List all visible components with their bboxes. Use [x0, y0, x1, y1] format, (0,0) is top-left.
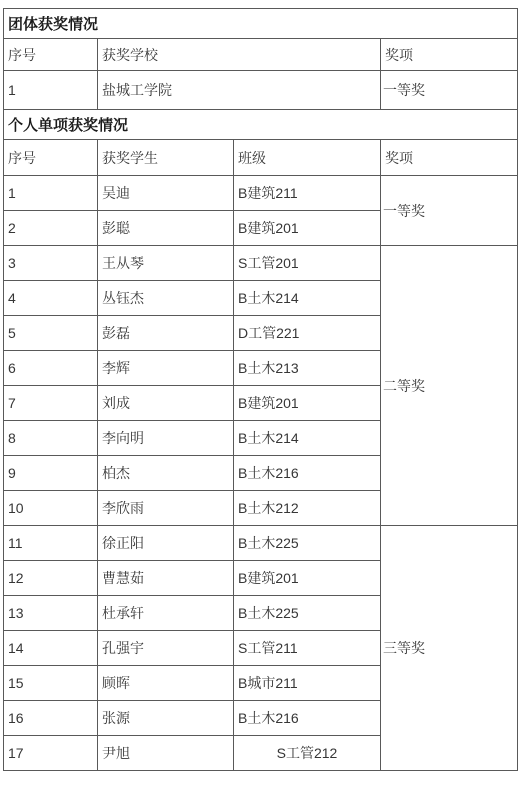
individual-row: 11 徐正阳 B土木225 三等奖	[4, 526, 518, 561]
cell-class: B土木225	[234, 526, 381, 561]
cell-student: 李向明	[98, 421, 234, 456]
cell-class: B城市211	[234, 666, 381, 701]
cell-no: 1	[4, 176, 98, 211]
cell-student: 丛钰杰	[98, 281, 234, 316]
cell-student: 刘成	[98, 386, 234, 421]
cell-award-third-prize: 三等奖	[381, 526, 518, 771]
cell-award-second-prize: 二等奖	[381, 246, 518, 526]
cell-class: B土木214	[234, 281, 381, 316]
individual-section-title-row: 个人单项获奖情况	[4, 110, 518, 140]
cell-no: 17	[4, 736, 98, 771]
cell-class: S工管211	[234, 631, 381, 666]
cell-no: 7	[4, 386, 98, 421]
team-section-title-row: 团体获奖情况	[4, 9, 518, 39]
cell-award: 一等奖	[381, 71, 518, 110]
team-header-school: 获奖学校	[98, 39, 381, 71]
cell-student: 张源	[98, 701, 234, 736]
cell-no: 12	[4, 561, 98, 596]
cell-class: B建筑201	[234, 386, 381, 421]
cell-class: B土木225	[234, 596, 381, 631]
cell-class: D工管221	[234, 316, 381, 351]
cell-no: 13	[4, 596, 98, 631]
cell-no: 14	[4, 631, 98, 666]
cell-no: 4	[4, 281, 98, 316]
team-header-no: 序号	[4, 39, 98, 71]
cell-no: 11	[4, 526, 98, 561]
cell-class: B建筑201	[234, 561, 381, 596]
cell-no: 15	[4, 666, 98, 701]
team-section-title: 团体获奖情况	[4, 9, 518, 39]
cell-no: 6	[4, 351, 98, 386]
cell-student: 李辉	[98, 351, 234, 386]
cell-class: B建筑211	[234, 176, 381, 211]
cell-student: 顾晖	[98, 666, 234, 701]
awards-table: 团体获奖情况 序号 获奖学校 奖项 1 盐城工学院 一等奖 个人单项获奖情况 序…	[3, 8, 518, 771]
individual-header-class: 班级	[234, 140, 381, 176]
cell-no: 8	[4, 421, 98, 456]
team-header-row: 序号 获奖学校 奖项	[4, 39, 518, 71]
cell-no: 9	[4, 456, 98, 491]
cell-student: 王从琴	[98, 246, 234, 281]
cell-student: 彭磊	[98, 316, 234, 351]
team-row: 1 盐城工学院 一等奖	[4, 71, 518, 110]
cell-student: 曹慧茹	[98, 561, 234, 596]
cell-student: 徐正阳	[98, 526, 234, 561]
cell-class: B土木214	[234, 421, 381, 456]
cell-class: B土木212	[234, 491, 381, 526]
cell-student: 李欣雨	[98, 491, 234, 526]
individual-row: 3 王从琴 S工管201 二等奖	[4, 246, 518, 281]
cell-school: 盐城工学院	[98, 71, 381, 110]
cell-award-first-prize: 一等奖	[381, 176, 518, 246]
individual-section-title: 个人单项获奖情况	[4, 110, 518, 140]
cell-class: B土木213	[234, 351, 381, 386]
team-header-award: 奖项	[381, 39, 518, 71]
individual-header-student: 获奖学生	[98, 140, 234, 176]
cell-class: S工管201	[234, 246, 381, 281]
individual-header-no: 序号	[4, 140, 98, 176]
cell-no: 5	[4, 316, 98, 351]
cell-class: B土木216	[234, 456, 381, 491]
cell-student: 吴迪	[98, 176, 234, 211]
cell-student: 杜承轩	[98, 596, 234, 631]
individual-row: 1 吴迪 B建筑211 一等奖	[4, 176, 518, 211]
cell-no: 16	[4, 701, 98, 736]
cell-class: B土木216	[234, 701, 381, 736]
cell-student: 孔强宇	[98, 631, 234, 666]
individual-header-row: 序号 获奖学生 班级 奖项	[4, 140, 518, 176]
cell-no: 2	[4, 211, 98, 246]
cell-student: 柏杰	[98, 456, 234, 491]
cell-no: 1	[4, 71, 98, 110]
cell-no: 3	[4, 246, 98, 281]
cell-class: S工管212	[234, 736, 381, 771]
cell-student: 尹旭	[98, 736, 234, 771]
individual-header-award: 奖项	[381, 140, 518, 176]
cell-student: 彭聪	[98, 211, 234, 246]
cell-no: 10	[4, 491, 98, 526]
cell-class: B建筑201	[234, 211, 381, 246]
